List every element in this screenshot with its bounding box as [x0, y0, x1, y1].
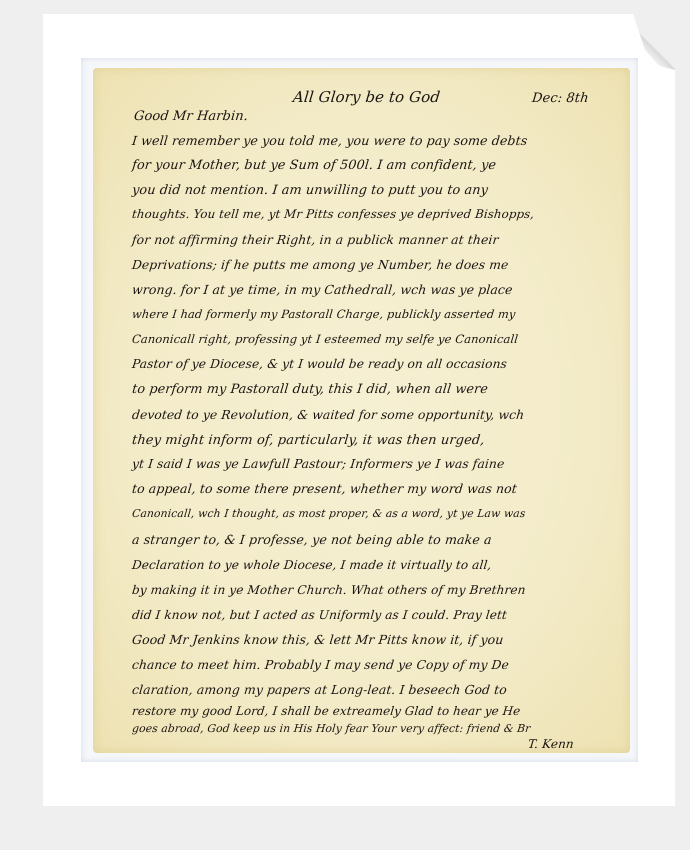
letter-line: Canonicall right, professing yt I esteem… — [131, 334, 518, 346]
letter-line: they might inform of, particularly, it w… — [131, 434, 485, 447]
letter-line: chance to meet him. Probably I may send … — [131, 659, 509, 671]
letter-line: devoted to ye Revolution, & waited for s… — [131, 409, 524, 421]
letter-line: to perform my Pastorall duty, this I did… — [131, 384, 488, 397]
letter-date: Dec: 8th — [531, 92, 589, 105]
letter-salutation: Good Mr Harbin. — [133, 110, 248, 123]
letter-line: restore my good Lord, I shall be extream… — [131, 706, 520, 718]
letter-line: Declaration to ye whole Diocese, I made … — [131, 559, 492, 571]
letter-invocation: All Glory be to God — [292, 90, 441, 105]
letter-line: Deprivations; if he putts me among ye Nu… — [131, 259, 509, 271]
letter-line: for your Mother, but ye Sum of 500l. I a… — [131, 160, 496, 173]
letter-line: Canonicall, wch I thought, as most prope… — [131, 509, 526, 520]
letter-signature: T. Kenn — [527, 738, 574, 750]
letter-line: yt I said I was ye Lawfull Pastour; Info… — [131, 458, 505, 470]
letter-line: thoughts. You tell me, yt Mr Pitts confe… — [131, 209, 534, 221]
letter-line: did I know not, but I acted as Uniformly… — [131, 609, 507, 621]
letter-line: goes abroad, God keep us in His Holy fea… — [131, 724, 530, 735]
letter-line: a stranger to, & I professe, ye not bein… — [131, 534, 492, 547]
letter-line: claration, among my papers at Long-leat.… — [131, 684, 507, 696]
letter-line: I well remember ye you told me, you were… — [131, 135, 528, 148]
letter-line: where I had formerly my Pastorall Charge… — [131, 309, 516, 320]
letter-line: by making it in ye Mother Church. What o… — [131, 584, 526, 596]
letter-line: for not affirming their Right, in a publ… — [131, 234, 499, 246]
letter-line: wrong. for I at ye time, in my Cathedral… — [131, 284, 513, 297]
letter-line: Pastor of ye Diocese, & yt I would be re… — [131, 358, 507, 370]
letter-line: you did not mention. I am unwilling to p… — [131, 185, 488, 198]
letter-line: Good Mr Jenkins know this, & lett Mr Pit… — [131, 634, 504, 647]
letter-line: to appeal, to some there present, whethe… — [131, 483, 517, 496]
